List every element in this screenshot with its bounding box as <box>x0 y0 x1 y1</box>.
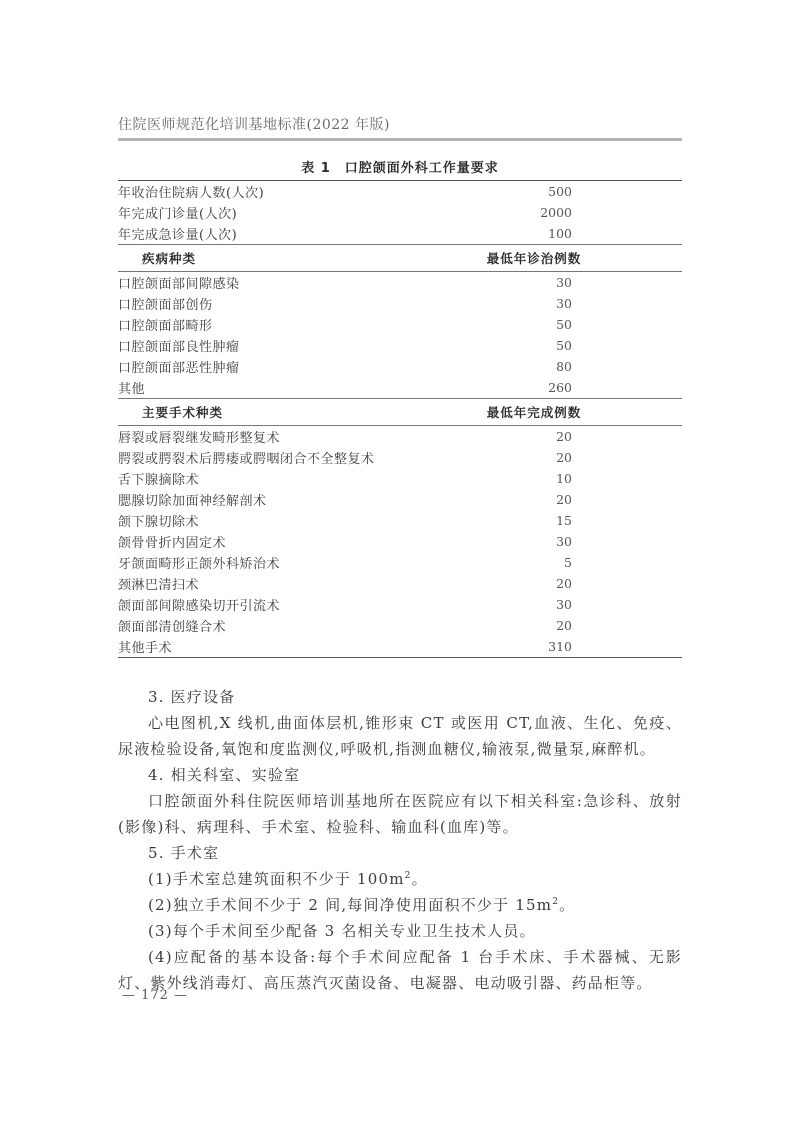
table-row: 腭裂或腭裂术后腭瘘或腭咽闭合不全整复术20 <box>118 447 682 468</box>
table-row: 颌面部清创缝合术20 <box>118 615 682 636</box>
punctuation: 。 <box>559 896 575 914</box>
table-row: 颌面部间隙感染切开引流术30 <box>118 594 682 615</box>
row-value: 20 <box>476 576 572 591</box>
page-number: — 172 — <box>122 988 188 1003</box>
row-label: 口腔颌面部畸形 <box>118 315 476 334</box>
row-value: 100 <box>476 226 572 241</box>
row-value: 20 <box>476 618 572 633</box>
row-value: 260 <box>476 380 572 395</box>
row-label: 颈淋巴清扫术 <box>118 574 476 593</box>
table-row: 其他手术310 <box>118 636 682 657</box>
section-heading-labs: 4. 相关科室、实验室 <box>118 762 682 788</box>
table-row: 舌下腺摘除术10 <box>118 468 682 489</box>
running-head: 住院医师规范化培训基地标准(2022 年版) <box>118 114 390 134</box>
row-label: 唇裂或唇裂继发畸形整复术 <box>118 427 476 446</box>
punctuation: 。 <box>412 870 428 888</box>
table-row: 口腔颌面部创伤30 <box>118 293 682 314</box>
row-label: 口腔颌面部恶性肿瘤 <box>118 357 476 376</box>
section-heading-equipment: 3. 医疗设备 <box>118 684 682 710</box>
row-value: 20 <box>476 429 572 444</box>
table-row: 牙颌面畸形正颌外科矫治术5 <box>118 552 682 573</box>
row-value: 50 <box>476 338 572 353</box>
row-label: 舌下腺摘除术 <box>118 469 476 488</box>
row-value: 30 <box>476 275 572 290</box>
header-rule <box>118 138 682 141</box>
row-value: 5 <box>476 555 572 570</box>
row-label: 其他手术 <box>118 637 476 656</box>
row-label: 口腔颌面部间隙感染 <box>118 273 476 292</box>
row-value: 2000 <box>476 205 572 220</box>
or-item-1-text: (1)手术室总建筑面积不少于 100m <box>148 870 405 888</box>
equipment-paragraph: 心电图机,X 线机,曲面体层机,锥形束 CT 或医用 CT,血液、生化、免疫、尿… <box>118 710 682 762</box>
superscript: 2 <box>405 871 412 881</box>
row-value: 10 <box>476 471 572 486</box>
row-label: 年收治住院病人数(人次) <box>118 182 476 201</box>
row-value: 310 <box>476 639 572 654</box>
row-label: 年完成门诊量(人次) <box>118 203 476 222</box>
body-text: 3. 医疗设备 心电图机,X 线机,曲面体层机,锥形束 CT 或医用 CT,血液… <box>118 684 682 996</box>
row-label: 口腔颌面部创伤 <box>118 294 476 313</box>
row-label: 年完成急诊量(人次) <box>118 224 476 243</box>
table-row: 腮腺切除加面神经解剖术20 <box>118 489 682 510</box>
table-row: 口腔颌面部畸形50 <box>118 314 682 335</box>
column-header: 最低年完成例数 <box>454 403 614 421</box>
table-row: 唇裂或唇裂继发畸形整复术20 <box>118 426 682 447</box>
or-item-2-text: (2)独立手术间不少于 2 间,每间净使用面积不少于 15m <box>148 896 552 914</box>
row-label: 其他 <box>118 378 476 397</box>
row-value: 20 <box>476 450 572 465</box>
row-value: 30 <box>476 534 572 549</box>
table-title: 表 1 口腔颌面外科工作量要求 <box>118 157 682 176</box>
labs-paragraph: 口腔颌面外科住院医师培训基地所在医院应有以下相关科室:急诊科、放射(影像)科、病… <box>118 788 682 840</box>
row-label: 腭裂或腭裂术后腭瘘或腭咽闭合不全整复术 <box>118 448 476 467</box>
row-label: 颌下腺切除术 <box>118 511 476 530</box>
row-value: 30 <box>476 296 572 311</box>
table-row: 口腔颌面部良性肿瘤50 <box>118 335 682 356</box>
or-item-3: (3)每个手术间至少配备 3 名相关专业卫生技术人员。 <box>118 918 682 944</box>
row-value: 80 <box>476 359 572 374</box>
row-label: 颌面部清创缝合术 <box>118 616 476 635</box>
or-item-1: (1)手术室总建筑面积不少于 100m2。 <box>118 866 682 892</box>
row-label: 牙颌面畸形正颌外科矫治术 <box>118 553 476 572</box>
row-label: 颌骨骨折内固定术 <box>118 532 476 551</box>
table-row: 年收治住院病人数(人次)500 <box>118 181 682 202</box>
column-header: 疾病种类 <box>118 249 454 267</box>
row-label: 腮腺切除加面神经解剖术 <box>118 490 476 509</box>
row-label: 口腔颌面部良性肿瘤 <box>118 336 476 355</box>
table-row: 其他260 <box>118 377 682 398</box>
table-row: 颌骨骨折内固定术30 <box>118 531 682 552</box>
surgery-header: 主要手术种类最低年完成例数 <box>118 398 682 426</box>
row-value: 30 <box>476 597 572 612</box>
column-header: 最低年诊治例数 <box>454 249 614 267</box>
table-row: 口腔颌面部恶性肿瘤80 <box>118 356 682 377</box>
table-row: 颌下腺切除术15 <box>118 510 682 531</box>
section-heading-operating-room: 5. 手术室 <box>118 840 682 866</box>
column-header: 主要手术种类 <box>118 403 454 421</box>
row-value: 20 <box>476 492 572 507</box>
or-item-4: (4)应配备的基本设备:每个手术间应配备 1 台手术床、手术器械、无影灯、紫外线… <box>118 944 682 996</box>
table-row: 颈淋巴清扫术20 <box>118 573 682 594</box>
table-row: 年完成急诊量(人次)100 <box>118 223 682 244</box>
row-value: 15 <box>476 513 572 528</box>
row-value: 500 <box>476 184 572 199</box>
disease-header: 疾病种类最低年诊治例数 <box>118 244 682 272</box>
table-row: 口腔颌面部间隙感染30 <box>118 272 682 293</box>
row-value: 50 <box>476 317 572 332</box>
row-label: 颌面部间隙感染切开引流术 <box>118 595 476 614</box>
workload-table: 年收治住院病人数(人次)500 年完成门诊量(人次)2000 年完成急诊量(人次… <box>118 180 682 658</box>
table-row: 年完成门诊量(人次)2000 <box>118 202 682 223</box>
or-item-2: (2)独立手术间不少于 2 间,每间净使用面积不少于 15m2。 <box>118 892 682 918</box>
